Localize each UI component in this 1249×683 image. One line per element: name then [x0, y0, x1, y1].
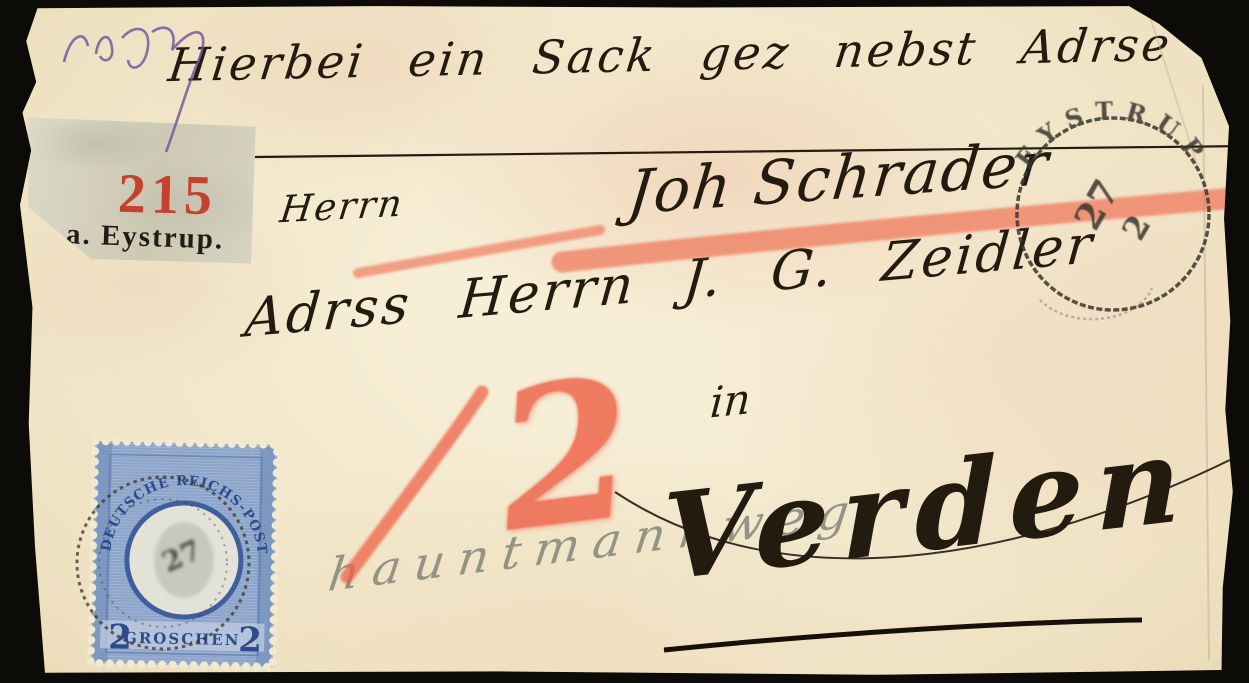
scan-background: 215 a. Eystrup. Hierbei ein Sack gez neb… — [0, 0, 1249, 683]
destination-verden: Verden — [662, 408, 1193, 608]
datestamp-month: 2 — [1114, 208, 1158, 246]
envelope: 215 a. Eystrup. Hierbei ein Sack gez neb… — [0, 0, 1249, 683]
stamp-value-right: 2 — [238, 620, 263, 660]
postage-stamp: DEUTSCHE REICHS-POST 27 2 GROSCHEN 2 — [86, 436, 283, 672]
faint-postmark-arc — [1040, 288, 1152, 319]
parcel-label: 215 a. Eystrup. — [26, 113, 258, 265]
address-salutation: Herrn — [278, 182, 407, 232]
care-of-line: Adrss Herrn J. G. Zeidler — [243, 214, 1098, 350]
red-crayon-numeral: 2 — [486, 336, 646, 576]
docket-handwriting: Hierbei ein Sack gez nebst Adrse — [166, 17, 1176, 92]
parcel-label-number: 215 — [117, 162, 218, 229]
preposition-in: in — [709, 374, 753, 428]
stamp-art: DEUTSCHE REICHS-POST 27 2 GROSCHEN 2 — [86, 436, 283, 672]
destination-underline — [664, 620, 1142, 650]
stamp-value-word: GROSCHEN — [124, 629, 241, 649]
parcel-label-origin: a. Eystrup. — [65, 218, 224, 257]
paper-crease — [1203, 85, 1209, 660]
addressee-name: Joh Schrader — [625, 129, 1054, 229]
